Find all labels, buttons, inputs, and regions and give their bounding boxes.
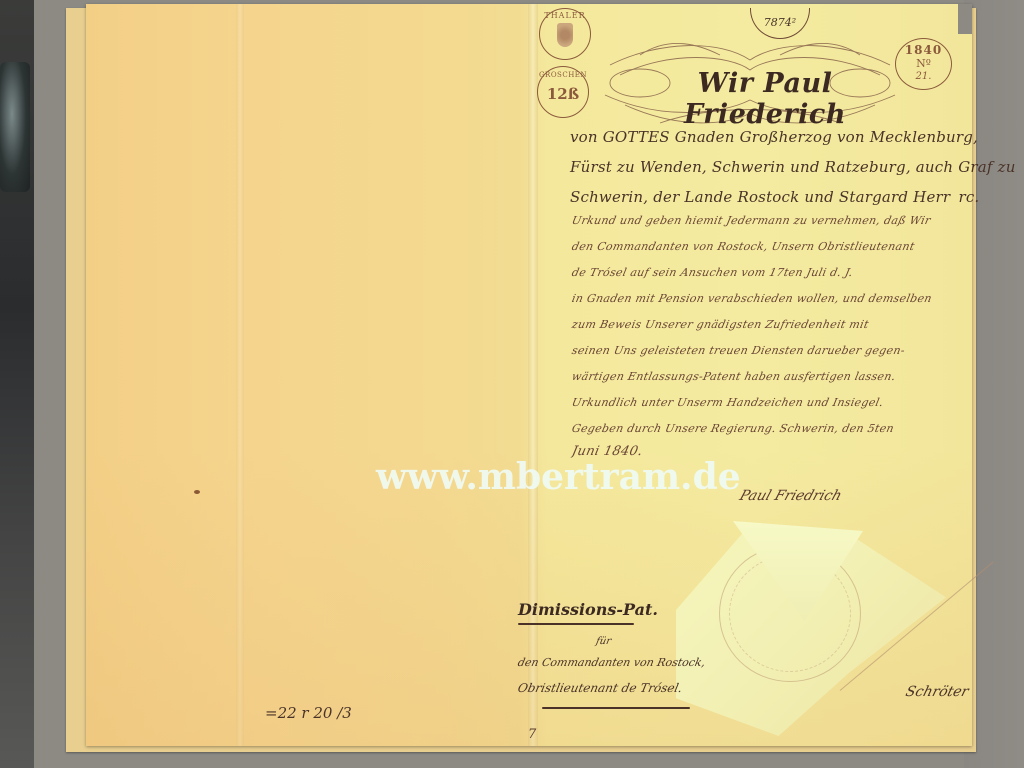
body-line-6: seinen Uns geleisteten treuen Diensten d…	[571, 344, 974, 357]
body-line-4: in Gnaden mit Pension verabschieden woll…	[571, 292, 974, 305]
thaler-tax-stamp: THALER	[539, 8, 591, 60]
endorsement-underline	[518, 623, 634, 625]
ink-stain	[194, 490, 200, 494]
heading-line-3: Schwerin, der Lande Rostock und Stargard…	[570, 188, 970, 206]
paper-fold-line-left	[236, 4, 244, 746]
groschen-stamp-value: 12ß	[538, 85, 588, 103]
dated-registry-stamp: 1840 Nº 21.	[895, 38, 952, 90]
watermark-text: www.mbertram.de	[376, 456, 741, 498]
stamp-no-label: Nº	[896, 57, 951, 70]
stamp-year: 1840	[896, 43, 951, 57]
endorsement-line-2: den Commandanten von Rostock,	[517, 656, 707, 669]
body-line-7: wärtigen Entlassungs-Patent haben ausfer…	[571, 370, 974, 383]
body-line-3: de Trósel auf sein Ansuchen vom 17ten Ju…	[571, 266, 974, 279]
paper-fold-line-center	[528, 4, 538, 746]
body-line-1: Urkund und geben hiemit Jedermann zu ver…	[571, 214, 974, 227]
body-line-9: Gegeben durch Unsere Regierung. Schwerin…	[571, 422, 974, 435]
stamp-number: 21.	[896, 71, 951, 82]
reference-number: 7874²	[751, 16, 809, 29]
corner-signature: Schröter	[904, 684, 970, 700]
paper-torn-corner	[958, 4, 972, 34]
body-line-8: Urkundlich unter Unserm Handzeichen und …	[571, 396, 974, 409]
endorsement-closing-rule	[542, 707, 690, 709]
crest-icon	[557, 23, 573, 47]
body-line-2: den Commandanten von Rostock, Unsern Obr…	[571, 240, 974, 253]
endorsement-title: Dimissions-Pat.	[518, 600, 658, 619]
document-title: Wir Paul Friederich	[650, 68, 880, 130]
groschen-stamp-label: GROSCHEN	[538, 71, 588, 79]
pencil-price-note: =22 r 20 /3	[265, 704, 352, 722]
sovereign-signature: Paul Friedrich	[737, 488, 843, 504]
endorsement-line-3: Obristlieutenant de Trósel.	[517, 681, 684, 695]
groschen-tax-stamp: GROSCHEN 12ß	[537, 66, 589, 118]
body-line-5: zum Beweis Unserer gnädigsten Zufriedenh…	[571, 318, 974, 331]
thaler-stamp-label: THALER	[540, 11, 590, 20]
background-left-dark-object-area	[0, 0, 34, 768]
heading-line-2: Fürst zu Wenden, Schwerin und Ratzeburg,…	[570, 158, 970, 176]
page-mark: 7	[528, 727, 536, 742]
background-object	[0, 62, 30, 192]
endorsement-line-1: für	[595, 636, 612, 647]
heading-line-1: von GOTTES Gnaden Großherzog von Mecklen…	[570, 128, 970, 146]
